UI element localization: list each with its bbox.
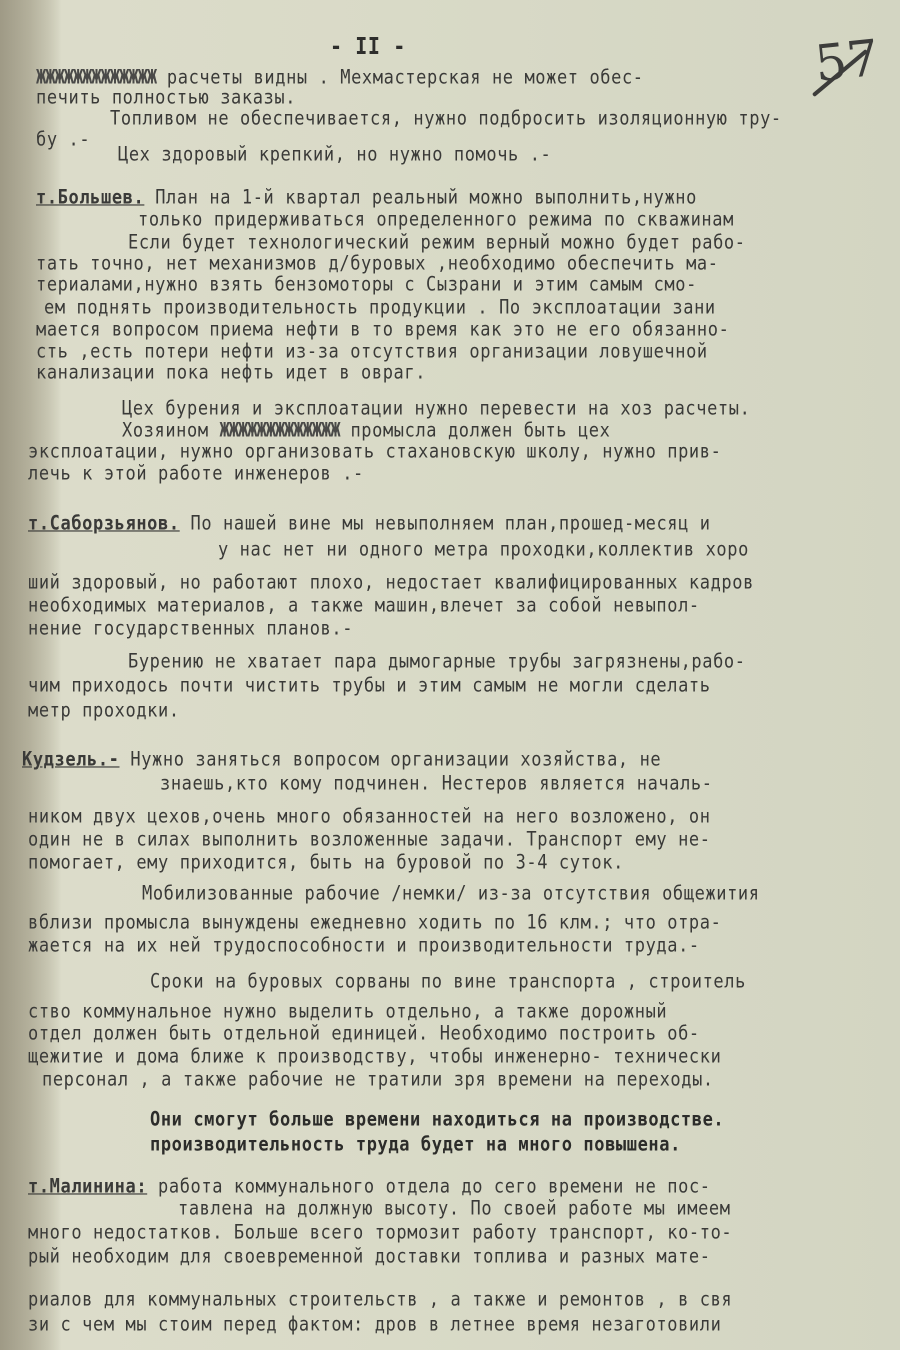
text-line: ший здоровый, но работают плохо, недоста…	[28, 571, 754, 594]
text-line: Они смогут больше времени находиться на …	[150, 1108, 724, 1131]
speaker-paragraph-line: т.Большев. План на 1-й квартал реальный …	[36, 186, 697, 209]
text-line: Хозяином ЖЖЖЖЖЖЖЖЖЖЖЖЖ промысла должен б…	[122, 419, 610, 442]
document-page: - II - 57 ЖЖЖЖЖЖЖЖЖЖЖЖЖ расчеты видны . …	[0, 0, 900, 1350]
text-line: вблизи промысла вынуждены ежедневно ходи…	[28, 911, 721, 934]
text-line: только придерживаться определенного режи…	[138, 208, 734, 231]
speaker-name: т.Саборзьянов.	[28, 512, 180, 535]
text-line: Топливом не обеспечивается, нужно подбро…	[110, 107, 782, 130]
speaker-name: т.Большев.	[36, 186, 144, 209]
speaker-name: т.Малинина:	[28, 1175, 147, 1198]
speaker-paragraph-line: Кудзель.- Нужно заняться вопросом органи…	[22, 748, 661, 771]
text-line: один не в силах выполнить возложенные за…	[28, 828, 711, 851]
text-line: много недостатков. Больше всего тормозит…	[28, 1221, 732, 1244]
text-line: печить полностью заказы.	[36, 86, 296, 109]
text-line: ем поднять производительность продукции …	[44, 296, 716, 319]
text-line: риалов для коммунальных строительств , а…	[28, 1288, 732, 1311]
text-line: Цех здоровый крепкий, но нужно помочь .-	[118, 143, 551, 166]
text-line: помогает, ему приходится, быть на бурово…	[28, 851, 624, 874]
text-line: эксплоатации, нужно организовать стахано…	[28, 440, 721, 463]
speaker-name: Кудзель.-	[22, 748, 120, 771]
text-line: тавлена на должную высоту. По своей рабо…	[178, 1197, 731, 1220]
text-line: териалами,нужно взять бензомоторы с Сызр…	[36, 273, 697, 296]
text-line: мается вопросом приема нефти в то время …	[36, 318, 729, 341]
text-line: Бурению не хватает пара дымогарные трубы…	[128, 650, 746, 673]
text-line: рый необходим для своевременной доставки…	[28, 1245, 711, 1268]
speaker-paragraph-line: т.Саборзьянов. По нашей вине мы невыполн…	[28, 512, 711, 535]
text-line: чим приходось почти чистить трубы и этим…	[28, 674, 711, 697]
speaker-paragraph-line: т.Малинина: работа коммунального отдела …	[28, 1175, 711, 1198]
text-line: ником двух цехов,очень много обязанносте…	[28, 805, 711, 828]
text-line: у нас нет ни одного метра проходки,колле…	[218, 538, 749, 561]
text-line: сть ,есть потери нефти из-за отсутствия …	[36, 340, 708, 363]
page-number: - II -	[330, 32, 406, 60]
text-line: канализации пока нефть идет в овраг.	[36, 361, 426, 384]
text-line: отдел должен быть отдельной единицей. Не…	[28, 1022, 700, 1045]
text-line: бу .-	[36, 128, 90, 151]
text-line: персонал , а также рабочие не тратили зр…	[42, 1068, 714, 1091]
text-line: Мобилизованные рабочие /немки/ из-за отс…	[142, 882, 760, 905]
text-line: тать точно, нет механизмов д/буровых ,не…	[36, 252, 719, 275]
text-line: знаешь,кто кому подчинен. Нестеров являе…	[160, 772, 713, 795]
text-line: нение государственных планов.-	[28, 617, 353, 640]
text-line: метр проходки.	[28, 699, 180, 722]
text-line: зи с чем мы стоим перед фактом: дров в л…	[28, 1313, 721, 1336]
text-line: жается на их ней трудоспособности и прои…	[28, 934, 700, 957]
text-line: ство коммунальное нужно выделить отдельн…	[28, 1000, 667, 1023]
text-line: лечь к этой работе инженеров .-	[28, 462, 364, 485]
struck-out-text: ЖЖЖЖЖЖЖЖЖЖЖЖЖ	[220, 419, 340, 442]
text-line: Если будет технологический режим верный …	[128, 231, 746, 254]
text-line: щежитие и дома ближе к производству, что…	[28, 1045, 721, 1068]
text-line: Сроки на буровых сорваны по вине транспо…	[150, 970, 746, 993]
text-line: производительность труда будет на много …	[150, 1133, 681, 1156]
text-line: необходимых материалов, а также машин,вл…	[28, 594, 700, 617]
text-line: Цех бурения и эксплоатации нужно перевес…	[122, 397, 750, 420]
